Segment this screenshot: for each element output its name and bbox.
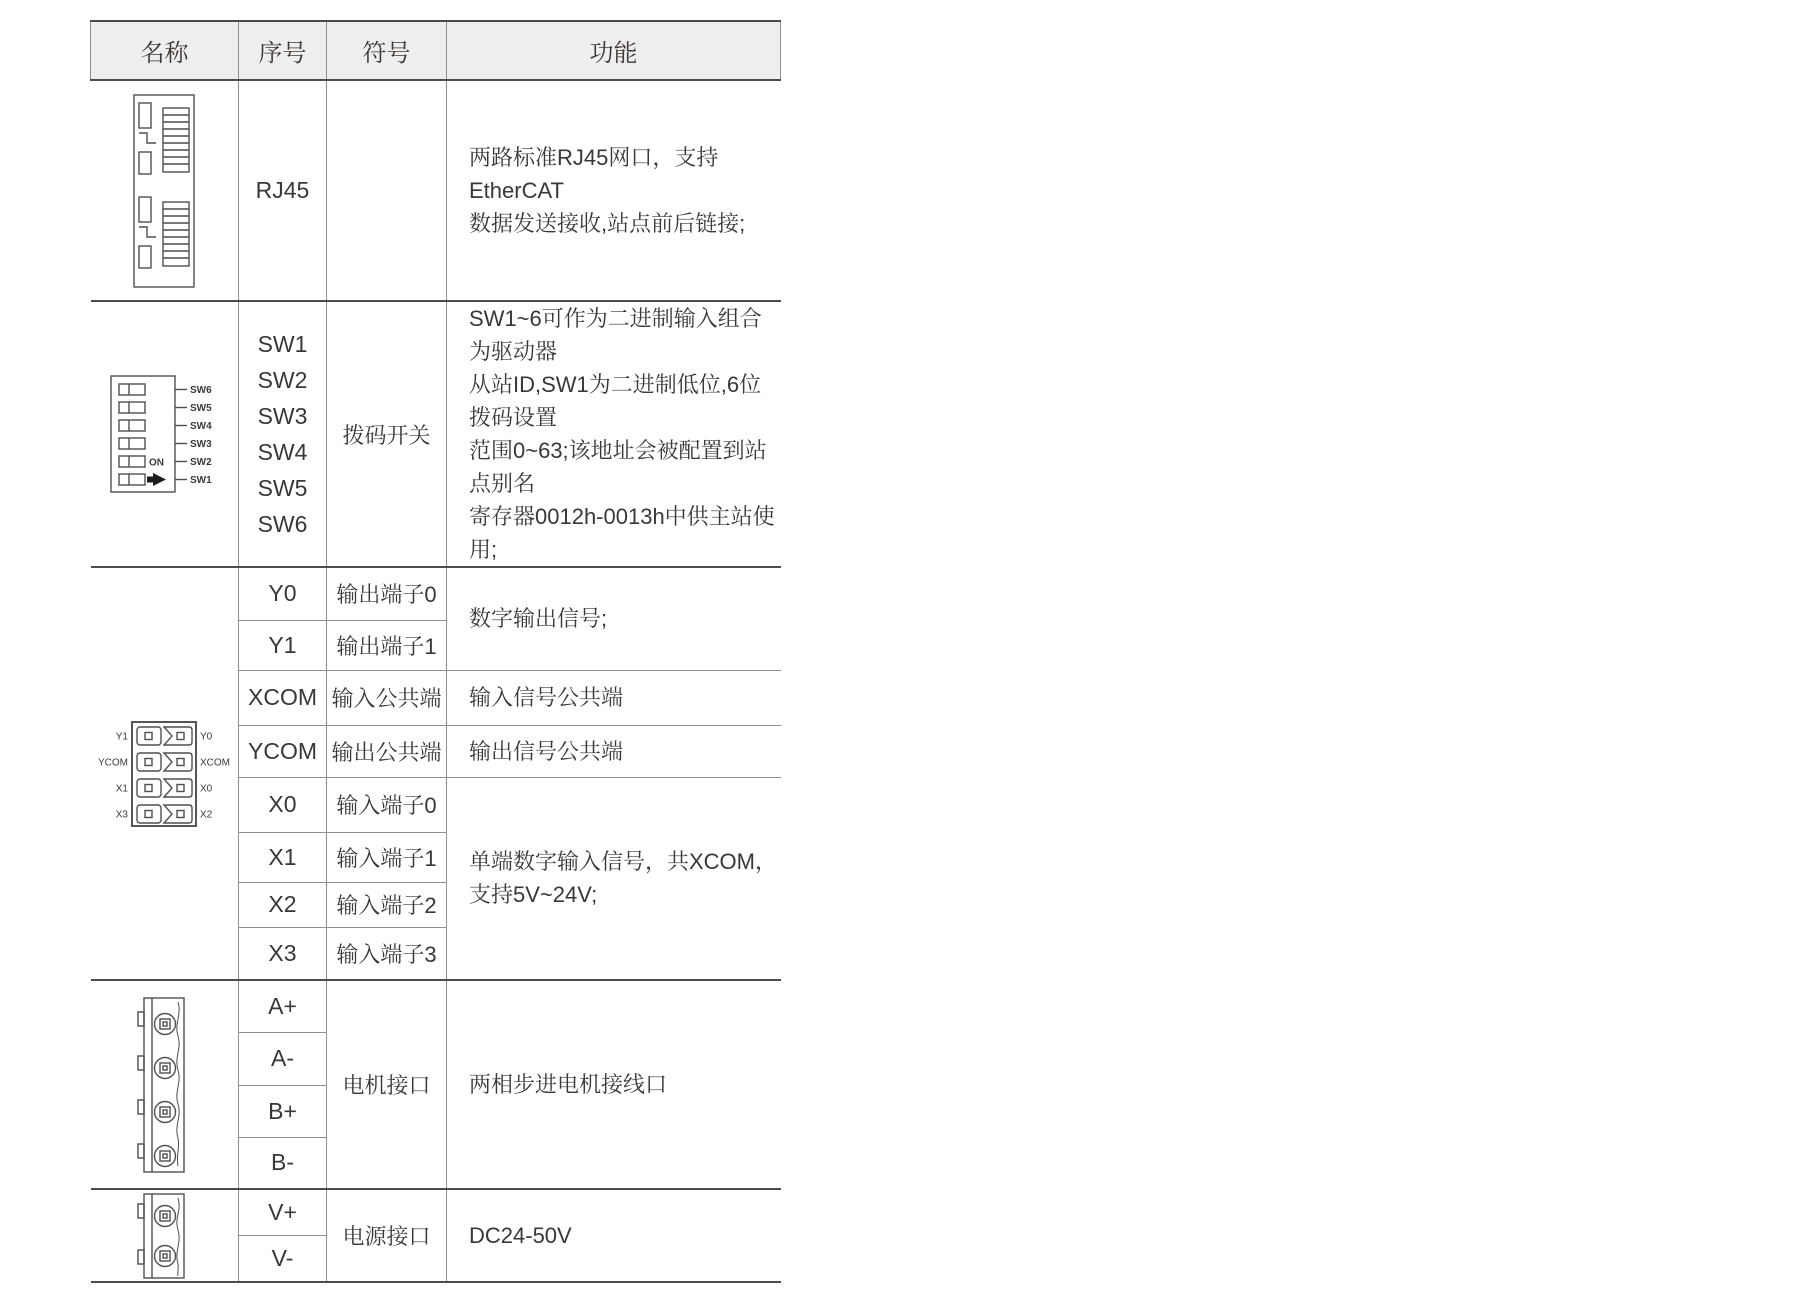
rj45-serial: RJ45 — [239, 80, 327, 301]
rj45-function: 两路标准RJ45网口，支持EtherCAT 数据发送接收,站点前后链接; — [447, 80, 781, 301]
xcom-symbol: 输入公共端 — [327, 670, 447, 725]
dip-on-label: ON — [149, 458, 164, 469]
xcom-function: 输入信号公共端 — [447, 670, 781, 725]
a-minus-serial: A- — [239, 1032, 327, 1085]
col-header-serial: 序号 — [239, 21, 327, 80]
b-minus-serial: B- — [239, 1137, 327, 1189]
x2-serial: X2 — [239, 882, 327, 927]
y1-symbol: 输出端子1 — [327, 620, 447, 670]
x1-serial: X1 — [239, 832, 327, 882]
row-v-plus: V+ 电源接口 DC24-50V — [91, 1189, 781, 1235]
motor-connector-icon — [134, 996, 194, 1174]
dip-switch-diagram-cell: ON SW6 SW5 SW4 SW3 SW2 SW1 — [91, 301, 239, 567]
dip-serial-list: SW1 SW2 SW3 SW4 SW5 SW6 — [239, 301, 327, 567]
x0-serial: X0 — [239, 777, 327, 832]
power-connector-icon — [134, 1192, 194, 1280]
x1-symbol: 输入端子1 — [327, 832, 447, 882]
row-y0: Y1 YCOM X1 X3 Y0 XCOM X0 X2 Y0 输出端子0 数字输… — [91, 567, 781, 620]
io-label-x2: X2 — [200, 809, 213, 820]
io-label-x3: X3 — [116, 809, 129, 820]
x3-serial: X3 — [239, 927, 327, 980]
dip-arrow-icon — [147, 473, 166, 486]
col-header-symbol: 符号 — [327, 21, 447, 80]
col-header-name: 名称 — [91, 21, 239, 80]
x2-symbol: 输入端子2 — [327, 882, 447, 927]
io-label-ycom: YCOM — [98, 757, 128, 768]
xcom-serial: XCOM — [239, 670, 327, 725]
b-plus-serial: B+ — [239, 1085, 327, 1137]
row-dip-switch: ON SW6 SW5 SW4 SW3 SW2 SW1 — [91, 301, 781, 567]
ycom-symbol: 输出公共端 — [327, 725, 447, 777]
motor-connector-diagram-cell — [91, 980, 239, 1189]
dip-symbol: 拨码开关 — [327, 301, 447, 567]
x0-symbol: 输入端子0 — [327, 777, 447, 832]
power-connector-diagram-cell — [91, 1189, 239, 1282]
io-label-y1: Y1 — [116, 731, 129, 742]
dip-label-sw6: SW6 — [190, 385, 212, 396]
dip-label-sw2: SW2 — [190, 457, 212, 468]
ycom-function: 输出信号公共端 — [447, 725, 781, 777]
power-symbol: 电源接口 — [327, 1189, 447, 1282]
motor-symbol: 电机接口 — [327, 980, 447, 1189]
dip-function: SW1~6可作为二进制输入组合为驱动器 从站ID,SW1为二进制低位,6位拨码设… — [447, 301, 781, 567]
rj45-jack-icon — [133, 94, 195, 288]
dip-switch-icon: ON SW6 SW5 SW4 SW3 SW2 SW1 — [97, 370, 232, 498]
row-a-plus: A+ 电机接口 两相步进电机接线口 — [91, 980, 781, 1032]
dip-label-sw3: SW3 — [190, 439, 212, 450]
io-terminal-diagram-cell: Y1 YCOM X1 X3 Y0 XCOM X0 X2 — [91, 567, 239, 980]
col-header-function: 功能 — [447, 21, 781, 80]
row-rj45: RJ45 两路标准RJ45网口，支持EtherCAT 数据发送接收,站点前后链接… — [91, 80, 781, 301]
motor-function: 两相步进电机接线口 — [447, 980, 781, 1189]
y1-serial: Y1 — [239, 620, 327, 670]
ycom-serial: YCOM — [239, 725, 327, 777]
io-label-y0: Y0 — [200, 731, 213, 742]
table-header-row: 名称 序号 符号 功能 — [91, 21, 781, 80]
rj45-diagram-cell — [91, 80, 239, 301]
v-plus-serial: V+ — [239, 1189, 327, 1235]
v-minus-serial: V- — [239, 1235, 327, 1282]
dip-label-sw5: SW5 — [190, 403, 212, 414]
io-label-xcom: XCOM — [200, 757, 230, 768]
dip-label-sw4: SW4 — [190, 421, 212, 432]
x3-symbol: 输入端子3 — [327, 927, 447, 980]
input-function: 单端数字输入信号，共XCOM， 支持5V~24V; — [447, 777, 781, 980]
y0-symbol: 输出端子0 — [327, 567, 447, 620]
io-label-x1: X1 — [116, 783, 129, 794]
dip-label-sw1: SW1 — [190, 475, 212, 486]
io-terminal-icon: Y1 YCOM X1 X3 Y0 XCOM X0 X2 — [94, 720, 234, 828]
output-function: 数字输出信号; — [447, 567, 781, 670]
a-plus-serial: A+ — [239, 980, 327, 1032]
rj45-symbol — [327, 80, 447, 301]
io-label-x0: X0 — [200, 783, 213, 794]
y0-serial: Y0 — [239, 567, 327, 620]
page: 名称 序号 符号 功能 — [0, 0, 1800, 1296]
power-function: DC24-50V — [447, 1189, 781, 1282]
terminal-function-table: 名称 序号 符号 功能 — [90, 20, 781, 1283]
